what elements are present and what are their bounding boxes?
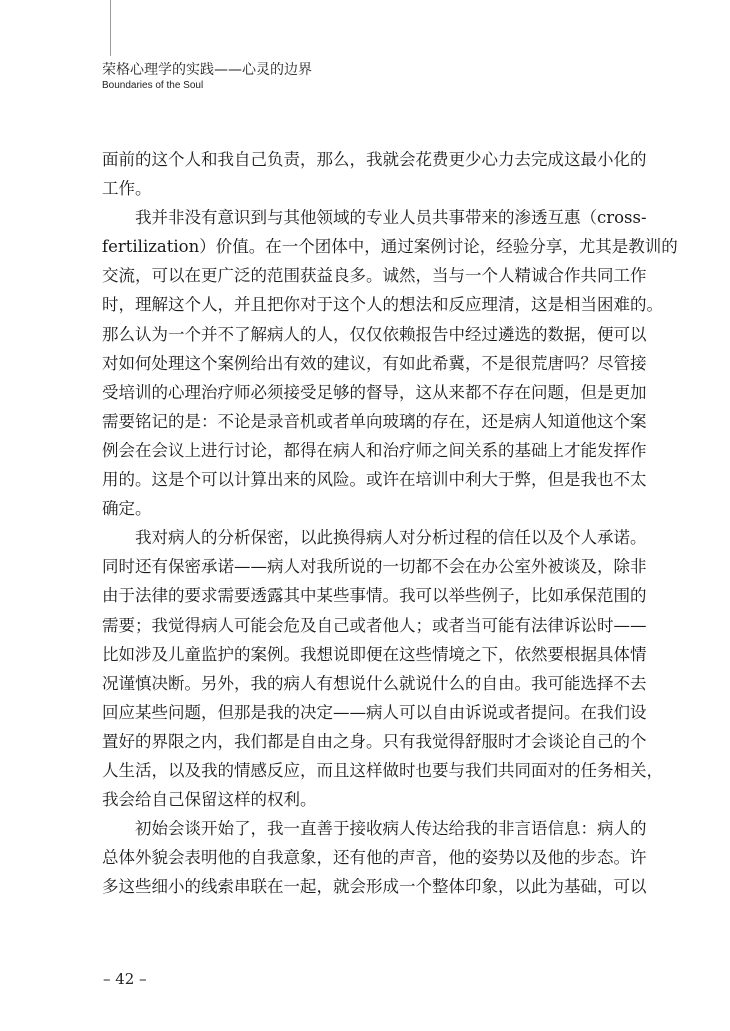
text-line: 比如涉及儿童监护的案例。我想说即便在这些情境之下，依然要根据具体情 [102, 640, 634, 669]
text-line: 工作。 [102, 174, 634, 203]
running-header-title: 荣格心理学的实践——心灵的边界 [102, 59, 312, 79]
text-line: 需要铭记的是：不论是录音机或者单向玻璃的存在，还是病人知道他这个案 [102, 407, 634, 436]
text-line: 回应某些问题，但那是我的决定——病人可以自由诉说或者提问。在我们设 [102, 698, 634, 727]
text-line: fertilization）价值。在一个团体中，通过案例讨论，经验分享，尤其是教… [102, 232, 634, 261]
text-line: 总体外貌会表明他的自我意象，还有他的声音，他的姿势以及他的步态。许 [102, 843, 634, 872]
running-header-subtitle: Boundaries of the Soul [102, 80, 203, 91]
text-line: 我对病人的分析保密，以此换得病人对分析过程的信任以及个人承诺。 [102, 523, 634, 552]
text-line: 受培训的心理治疗师必须接受足够的督导，这从来都不存在问题，但是更加 [102, 378, 634, 407]
text-line: 例会在会议上进行讨论，都得在病人和治疗师之间关系的基础上才能发挥作 [102, 436, 634, 465]
text-line-content: 确定。 [102, 494, 152, 523]
text-line: 初始会谈开始了，我一直善于接收病人传达给我的非言语信息：病人的 [102, 814, 634, 843]
header-rule [110, 0, 111, 56]
text-line: 我会给自己保留这样的权利。 [102, 785, 634, 814]
text-line: 我并非没有意识到与其他领域的专业人员共事带来的渗透互惠（cross- [102, 203, 634, 232]
text-line: 时，理解这个人，并且把你对于这个人的想法和反应理清，这是相当困难的。 [102, 290, 634, 319]
text-line: 况谨慎决断。另外，我的病人有想说什么就说什么的自由。我可能选择不去 [102, 669, 634, 698]
text-line: 多这些细小的线索串联在一起，就会形成一个整体印象，以此为基础，可以 [102, 872, 634, 901]
body-text: 面前的这个人和我自己负责，那么，我就会花费更少心力去完成这最小化的工作。我并非没… [102, 145, 634, 901]
text-line: 置好的界限之内，我们都是自由之身。只有我觉得舒服时才会谈论自己的个 [102, 727, 634, 756]
text-line: 同时还有保密承诺——病人对我所说的一切都不会在办公室外被谈及，除非 [102, 552, 634, 581]
text-line: 需要；我觉得病人可能会危及自己或者他人；或者当可能有法律诉讼时—— [102, 611, 634, 640]
text-line: 对如何处理这个案例给出有效的建议，有如此希冀，不是很荒唐吗？尽管接 [102, 349, 634, 378]
text-line-content: 我会给自己保留这样的权利。 [102, 785, 317, 814]
text-line: 人生活，以及我的情感反应，而且这样做时也要与我们共同面对的任务相关， [102, 756, 634, 785]
text-line: 确定。 [102, 494, 634, 523]
text-line: 由于法律的要求需要透露其中某些事情。我可以举些例子，比如承保范围的 [102, 581, 634, 610]
page-number: – 42 – [103, 970, 147, 988]
text-line: 用的。这是个可以计算出来的风险。或许在培训中利大于弊，但是我也不太 [102, 465, 634, 494]
text-line: 面前的这个人和我自己负责，那么，我就会花费更少心力去完成这最小化的 [102, 145, 634, 174]
text-line-content: 工作。 [102, 174, 152, 203]
text-line: 那么认为一个并不了解病人的人，仅仅依赖报告中经过遴选的数据，便可以 [102, 320, 634, 349]
text-line: 交流，可以在更广泛的范围获益良多。诚然，当与一个人精诚合作共同工作 [102, 261, 634, 290]
